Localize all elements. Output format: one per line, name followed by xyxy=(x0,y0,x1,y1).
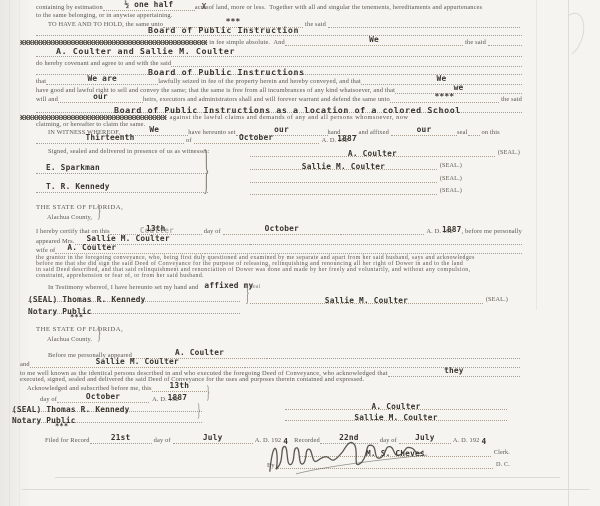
state-heading-2: THE STATE OF FLORIDA, xyxy=(36,324,123,333)
signature-fill: A. Coulter xyxy=(285,401,507,410)
seal-label: (SEAL.) xyxy=(495,150,520,157)
signature-row-1: A. Coulter (SEAL.) xyxy=(250,148,520,157)
witness-heading: Signed, sealed and delivered in presence… xyxy=(48,146,210,155)
month-fill: October xyxy=(194,135,319,144)
state-brace-2: } xyxy=(97,323,101,341)
typed-a-coulter: A. Coulter xyxy=(175,349,224,357)
estimation-line-2: to the same belonging, or in anywise app… xyxy=(36,10,173,19)
dotted-rule xyxy=(468,133,480,136)
acknowledged-line: Acknowledged and subscribed before me, t… xyxy=(27,383,207,392)
witness-name-row-2: T. R. Kennedy xyxy=(36,183,208,193)
printed-seal-word: Seal xyxy=(249,284,260,291)
dotted-rule xyxy=(341,232,425,235)
dotted-rule xyxy=(488,43,522,46)
typed-day: Thirteenth xyxy=(86,134,135,142)
printed-text: Alachua County, xyxy=(47,214,92,221)
printed-text: against the lawful claims and demands of… xyxy=(170,114,409,121)
typed-notary-name: Thomas R. Kennedy xyxy=(62,296,145,304)
scan-artifact-arc xyxy=(551,9,590,61)
signature-row-2: Sallie M. Coulter (SEAL.) xyxy=(250,161,462,170)
printed-text: Filed for Record xyxy=(45,437,90,444)
signature-row-4: (SEAL.) xyxy=(250,186,462,195)
printed-text: day of xyxy=(154,437,171,444)
typed-month: July xyxy=(203,434,223,442)
printed-text: on this xyxy=(482,129,500,136)
bottom-rule-2 xyxy=(22,489,590,490)
typed-they: they xyxy=(444,367,464,375)
signature-fill: Sallie M. Coulter xyxy=(250,161,437,170)
notary-title-line-1: Notary Public xyxy=(28,304,240,314)
seal-label: (SEAL.) xyxy=(483,297,508,304)
dotted-rule xyxy=(250,180,437,183)
printed-text: and affixed xyxy=(359,129,389,136)
typed-signature-sallie: Sallie M. Coulter xyxy=(354,414,437,422)
our-fill: our xyxy=(391,127,457,136)
deed-document-scan: containing by estimation ½ one half acre… xyxy=(0,0,600,506)
printed-text: have good and lawful right to sell and c… xyxy=(36,87,395,94)
day-fill: 13th xyxy=(152,383,207,392)
county-line-1: Alachua County, xyxy=(47,212,92,221)
typed-sallie: Sallie M. Coulter xyxy=(96,358,179,366)
typed-we: We xyxy=(149,126,159,134)
page-edge-line-outer xyxy=(568,0,569,506)
typed-stars: *** xyxy=(55,423,68,430)
typed-day: 13th xyxy=(146,225,166,233)
printed-text: in fee simple absolute. And xyxy=(209,39,285,46)
printed-text: heirs, executors and administrators shal… xyxy=(143,96,390,103)
typed-strike-x: X xyxy=(202,3,207,11)
typed-day: 21st xyxy=(111,434,131,442)
notary-brace-1: } xyxy=(245,282,249,307)
typed-stars: *** xyxy=(70,314,83,321)
typed-month: October xyxy=(86,393,120,401)
name-fill: Sallie M. Coulter xyxy=(30,359,245,368)
seisin-line: that We are lawfully seized in fee of th… xyxy=(36,76,522,85)
signature-row-sallie-3: Sallie M. Coulter xyxy=(285,412,507,421)
typed-our: our xyxy=(274,126,289,134)
month-fill: July xyxy=(173,435,253,444)
clerk-signature xyxy=(264,427,436,480)
day-fill: 21st xyxy=(90,435,152,444)
acknowledged-brace: } xyxy=(206,382,210,400)
printed-text: of land, more or less. Together with all… xyxy=(209,4,483,11)
typed-acreage: ½ one half xyxy=(124,1,173,9)
seal-label: (SEAL.) xyxy=(437,163,462,170)
typed-witness-kennedy: T. R. Kennedy xyxy=(46,183,110,191)
signature-fill: A. Coulter xyxy=(250,148,495,157)
gutter-fold-line xyxy=(9,0,10,506)
typed-year-overstrike: 1887 xyxy=(337,135,357,143)
typed-our: our xyxy=(417,126,432,134)
typed-our: our xyxy=(93,93,108,101)
we-are-fill: We are xyxy=(46,76,158,85)
printed-text: constraint, apprehension or fear of, or … xyxy=(36,273,204,279)
warrant-line: will and our heirs, executors and admini… xyxy=(36,94,522,103)
typed-a-coulter: A. Coulter xyxy=(67,244,116,252)
typed-stars: **** xyxy=(435,93,455,101)
printed-text: of xyxy=(186,137,192,144)
typed-month: October xyxy=(265,225,299,233)
printed-text: that xyxy=(36,78,46,85)
stars-mark-1: *** xyxy=(70,312,83,321)
typed-we: We xyxy=(437,75,447,83)
we-fill: We xyxy=(361,76,522,85)
typed-grantee: Board of Public Instruction xyxy=(148,26,299,34)
notary-name-line-2: (SEAL) Thomas R. Kennedy xyxy=(12,402,202,412)
typed-signature-a-coulter: A. Coulter xyxy=(348,150,397,158)
signature-row-sallie-2: Sallie M. Coulter (SEAL.) xyxy=(250,295,508,304)
deputy-title-label: D. C. xyxy=(493,462,510,469)
page-edge-line-inner xyxy=(536,0,537,310)
page-left-gutter xyxy=(0,0,30,506)
typed-witness-sparkman: E. Sparkman xyxy=(46,164,100,172)
printed-text: to the same belonging, or in anywise app… xyxy=(36,12,173,19)
bottom-rule-1 xyxy=(55,477,560,478)
seal-label: (SEAL.) xyxy=(437,188,462,195)
signature-row-a-coulter-2: A. Coulter xyxy=(285,401,507,410)
our-fill: our xyxy=(58,94,143,103)
notary-name-line-1: (SEAL) Thomas R. Kennedy xyxy=(28,292,240,302)
typed-month: October xyxy=(239,134,273,142)
typed-signature-sallie: Sallie M. Coulter xyxy=(302,163,385,171)
execution-date-line: Thirteenth of October A. D. 192 1887 xyxy=(36,135,357,144)
printed-text: lawfully seized in fee of the property h… xyxy=(158,78,361,85)
dower-paragraph-line-4: constraint, apprehension or fear of, or … xyxy=(36,270,204,279)
typed-signature-sallie: Sallie M. Coulter xyxy=(325,297,408,305)
notary-title-line-2: Notary Public xyxy=(12,413,202,423)
signature-fill: Sallie M. Coulter xyxy=(250,295,483,304)
clerk-title-label: Clerk. xyxy=(491,450,510,457)
signature-fill: Sallie M. Coulter xyxy=(285,412,507,421)
printed-text: will and xyxy=(36,96,58,103)
printed-text: A. D. 192 xyxy=(453,437,480,444)
known-line-2: executed, signed, sealed and delivered t… xyxy=(20,374,364,383)
typed-year-overstrike: 1887 xyxy=(168,394,188,402)
typed-x-strikeout: XXXXXXXXXXXXXXXXXXXXXXXXXXXXXXXXXXXXXXXX… xyxy=(20,39,207,46)
printed-text: , before me personally xyxy=(462,228,522,235)
printed-text: and xyxy=(20,361,30,368)
they-fill: they xyxy=(388,368,520,377)
typed-notary-seal: (SEAL) xyxy=(28,296,57,304)
printed-text: day of xyxy=(204,228,221,235)
grantors-name-line: A. Coulter and Sallie M. Coulter xyxy=(36,47,522,57)
typed-signature-a-coulter: A. Coulter xyxy=(372,403,421,411)
dotted-rule xyxy=(250,192,437,195)
printed-text: In Testimony whereof, I have hereunto se… xyxy=(48,284,198,291)
typed-we-are: We are xyxy=(88,75,117,83)
seal-label: (SEAL.) xyxy=(437,176,462,183)
we-fill: we xyxy=(395,85,522,94)
day-fill: Thirteenth xyxy=(36,135,184,144)
stars-fill: **** xyxy=(390,94,499,103)
printed-text: THE STATE OF FLORIDA, xyxy=(36,326,123,333)
printed-text: Acknowledged and subscribed before me, t… xyxy=(27,385,152,392)
typed-day: 13th xyxy=(170,382,190,390)
state-heading-1: THE STATE OF FLORIDA, xyxy=(36,202,123,211)
printed-text: Signed, sealed and delivered in presence… xyxy=(48,148,210,155)
typed-year-digit: 4 xyxy=(481,438,486,446)
printed-text: executed, signed, sealed and delivered t… xyxy=(20,376,364,383)
grantee-name-line: Board of Public Instruction xyxy=(36,26,522,36)
typed-grantors: A. Coulter and Sallie M. Coulter xyxy=(56,47,235,55)
printed-text: the said xyxy=(465,39,486,46)
printed-text: the said xyxy=(501,96,522,103)
printed-text: seal xyxy=(457,129,468,136)
gutter-fold-line-2 xyxy=(19,0,20,506)
printed-text: THE STATE OF FLORIDA, xyxy=(36,204,123,211)
xed-out-line-1: XXXXXXXXXXXXXXXXXXXXXXXXXXXXXXXXXXXXXXXX… xyxy=(20,37,522,46)
typed-sallie: Sallie M. Coulter xyxy=(87,235,170,243)
state-brace-1: } xyxy=(97,201,101,219)
printed-text: Alachua County. xyxy=(47,336,92,343)
stars-mark-2: *** xyxy=(55,421,68,430)
testimony-line: In Testimony whereof, I have hereunto se… xyxy=(48,282,260,291)
signature-row-3: (SEAL.) xyxy=(250,174,462,183)
county-line-2: Alachua County. xyxy=(47,334,92,343)
typed-we: We xyxy=(369,36,379,44)
we-fill: We xyxy=(285,37,463,46)
witness-name-row-1: E. Sparkman xyxy=(36,164,208,174)
typed-year-overstrike: 1887 xyxy=(442,226,462,234)
typed-we: we xyxy=(454,84,464,92)
month-fill: October xyxy=(223,226,341,235)
